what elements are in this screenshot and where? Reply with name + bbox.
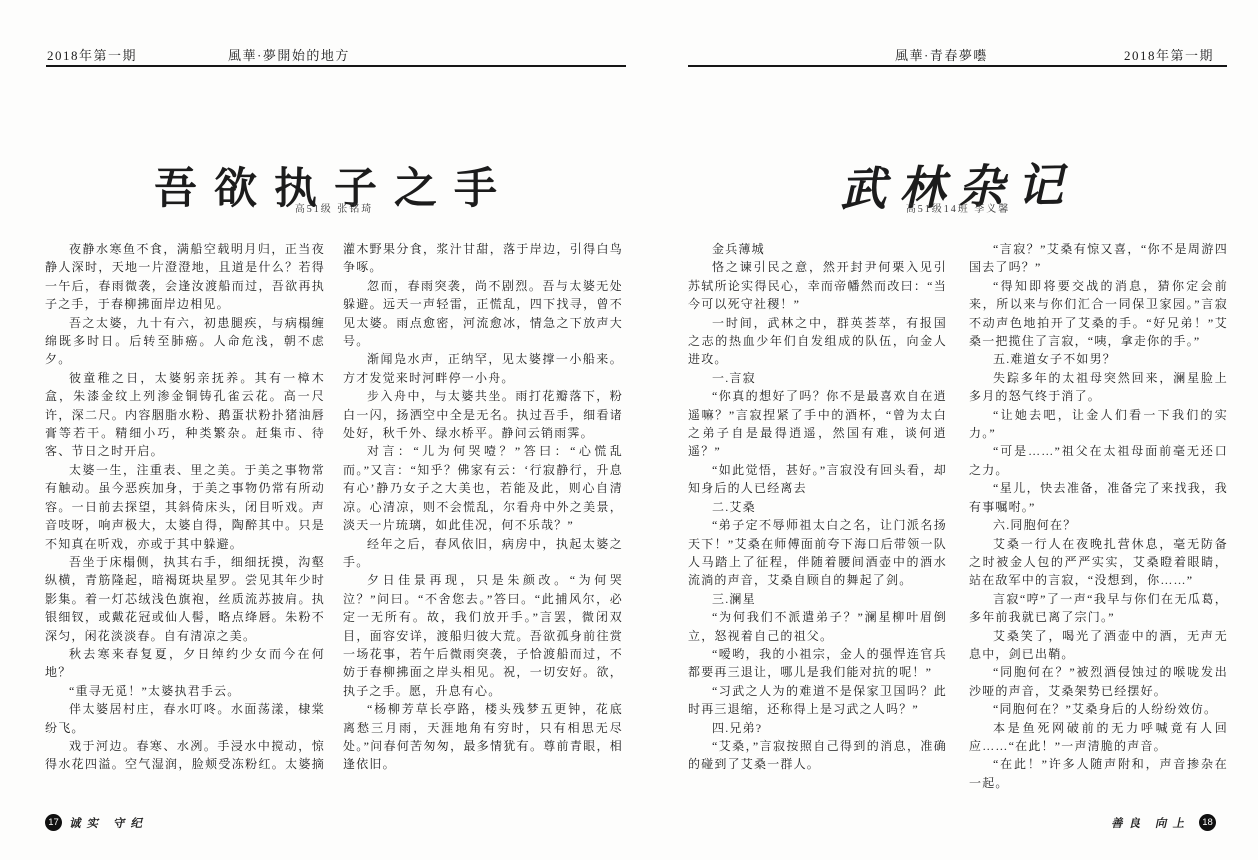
paragraph: 吾坐于床榻侧，执其右手，细细抚摸，沟壑纵横，青筋隆起，暗褐斑块星罗。尝见其年少时… [45, 553, 325, 645]
paragraph: 艾桑一行人在夜晚扎营休息，毫无防备之时被金人包的严严实实，艾桑瞪着眼睛，站在敌军… [969, 535, 1228, 590]
paragraph: 对言：“儿为何哭噎？”答曰：“心慌乱而。”又言：“知乎？佛家有云：‘行寂静行，升… [343, 442, 623, 534]
paragraph: 伴太婆居村庄，春水叮咚。水面荡漾，棣棠纷飞。 [45, 700, 325, 737]
paragraph: “可是……”祖父在太祖母面前毫无还口之力。 [969, 442, 1228, 479]
paragraph: 秋去寒来春复夏，夕日绰约少女而今在何地？ [45, 645, 325, 682]
paragraph: 四.兄弟? [688, 719, 947, 737]
left-header-section: 風華·夢開始的地方 [228, 45, 350, 64]
paragraph: “弟子定不辱师祖太白之名，让门派名扬天下！”艾桑在师傅面前夸下海口后带领一队人马… [688, 516, 947, 590]
paragraph: “重寻无觅！”太婆执君手云。 [45, 682, 325, 700]
paragraph: 三.澜星 [688, 590, 947, 608]
right-header-rule [688, 65, 1227, 67]
paragraph: “习武之人为的难道不是保家卫国吗？此时再三退缩，还称得上是习武之人吗？” [688, 682, 947, 719]
paragraph: 夕日佳景再现，只是朱颜改。“为何哭泣？”问曰。“不舍您去。”答曰。“此捕风尔，必… [343, 571, 623, 700]
paragraph: “同胞何在？”艾桑身后的人纷纷效仿。 [969, 700, 1228, 718]
paragraph: 吾之太婆，九十有六，初患腿疾，与病榻缠绵既多时日。后转至肺癌。人命危浅，朝不虑夕… [45, 314, 325, 369]
left-header-rule [46, 65, 626, 67]
paragraph: “同胞何在？”被烈酒侵蚀过的喉咙发出沙哑的声音，艾桑架势已经摆好。 [969, 663, 1228, 700]
left-article-body: 夜静水寒鱼不食，满船空载明月归，正当夜静人深时，天地一片澄澄地，且道是什么？若得… [45, 240, 623, 808]
left-page-footer: 17 诚实 守纪 [45, 814, 149, 831]
paragraph: 六.同胞何在？ [969, 516, 1228, 534]
paragraph: 忽而，春雨突袭，尚不剧烈。吾与太婆无处躲避。远天一声轻雷，正慌乱，四下找寻，曾不… [343, 277, 623, 351]
paragraph: 二.艾桑 [688, 498, 947, 516]
paragraph: 本是鱼死网破前的无力呼喊竟有人回应……“在此！”一声清脆的声音。 [969, 719, 1228, 756]
right-page-number-badge: 18 [1199, 814, 1216, 831]
paragraph: 彼童稚之日，太婆躬亲抚养。其有一樟木盒，朱漆金纹上列渗金铜铸孔雀云花。高一尺许，… [45, 369, 325, 461]
paragraph: “在此！”许多人随声附和，声音掺杂在一起。 [969, 755, 1228, 792]
paragraph: “如此觉悟，甚好。”言寂没有回头看，却知身后的人已经离去 [688, 461, 947, 498]
right-footer-motto: 善良 向上 [1110, 815, 1192, 831]
paragraph: “星儿，快去准备，准备完了来找我，我有事嘱咐。” [969, 479, 1228, 516]
paragraph: “杨柳芳草长亭路，楼头残梦五更钟，花底离愁三月雨，天涯地角有穷时，只有相思无尽处… [343, 700, 623, 774]
paragraph: “嗳哟，我的小祖宗，金人的强悍连官兵都要再三退让，哪儿是我们能对抗的呢！” [688, 645, 947, 682]
paragraph: “你真的想好了吗？你不是最喜欢自在逍遥嘛？”言寂捏紧了手中的酒杯，“曾为太白之弟… [688, 387, 947, 461]
paragraph: “艾桑，”言寂按照自己得到的消息，准确的碰到了艾桑一群人。 [688, 737, 947, 774]
paragraph: 艾桑笑了，喝光了酒壶中的酒，无声无息中，剑已出鞘。 [969, 627, 1228, 664]
right-page-footer: 善良 向上 18 [1112, 814, 1216, 831]
paragraph: 经年之后，春风依旧，病房中，执起太婆之手。 [343, 535, 623, 572]
paragraph: 步入舟中，与太婆共坐。雨打花瓣落下，粉白一闪，扬洒空中全是无名。执过吾手，细看诸… [343, 387, 623, 442]
magazine-spread: 2018年第一期 風華·夢開始的地方 風華·青春夢囈 2018年第一期 吾欲执子… [0, 0, 1258, 860]
right-header-issue: 2018年第一期 [1124, 45, 1214, 64]
paragraph: 五.难道女子不如男？ [969, 350, 1228, 368]
left-footer-motto: 诚实 守纪 [68, 815, 150, 831]
paragraph: 一.言寂 [688, 369, 947, 387]
paragraph: 恪之谏引民之意，然开封尹何栗入见引苏轼所论实得民心，幸而帝幡然而改曰：“当今可以… [688, 258, 947, 313]
left-article-byline: 高51级 张铭琦 [45, 200, 623, 215]
paragraph: “为何我们不派遣弟子？”澜星柳叶眉倒立，怒视着自己的祖父。 [688, 608, 947, 645]
right-article-byline: 高51级14班 李义馨 [688, 200, 1228, 215]
left-header-issue: 2018年第一期 [47, 45, 137, 64]
paragraph: 渐闻凫水声，正纳罕，见太婆撑一小船来。方才发觉来时河畔停一小舟。 [343, 350, 623, 387]
paragraph: 金兵薄城 [688, 240, 947, 258]
paragraph: “让她去吧，让金人们看一下我们的实力。” [969, 406, 1228, 443]
paragraph: 失踪多年的太祖母突然回来，澜星脸上多月的怒气终于消了。 [969, 369, 1228, 406]
left-page-number-badge: 17 [45, 814, 62, 831]
paragraph: 言寂“哼”了一声“我早与你们在无瓜葛，多年前我就已离了宗门。” [969, 590, 1228, 627]
paragraph: 一时间，武林之中，群英荟萃，有报国之志的热血少年们自发组成的队伍，向金人进攻。 [688, 314, 947, 369]
right-header-section: 風華·青春夢囈 [895, 45, 988, 64]
paragraph: 夜静水寒鱼不食，满船空载明月归，正当夜静人深时，天地一片澄澄地，且道是什么？若得… [45, 240, 325, 314]
paragraph: “得知即将要交战的消息，猜你定会前来，所以来与你们汇合一同保卫家园。”言寂不动声… [969, 277, 1228, 351]
paragraph: 太婆一生，注重表、里之美。于美之事物常有触动。虽今恶疾加身，于美之事物仍常有所动… [45, 461, 325, 553]
right-article-body: 金兵薄城恪之谏引民之意，然开封尹何栗入见引苏轼所论实得民心，幸而帝幡然而改曰：“… [688, 240, 1228, 808]
paragraph: “言寂？”艾桑有惊又喜，“你不是周游四国去了吗？” [969, 240, 1228, 277]
